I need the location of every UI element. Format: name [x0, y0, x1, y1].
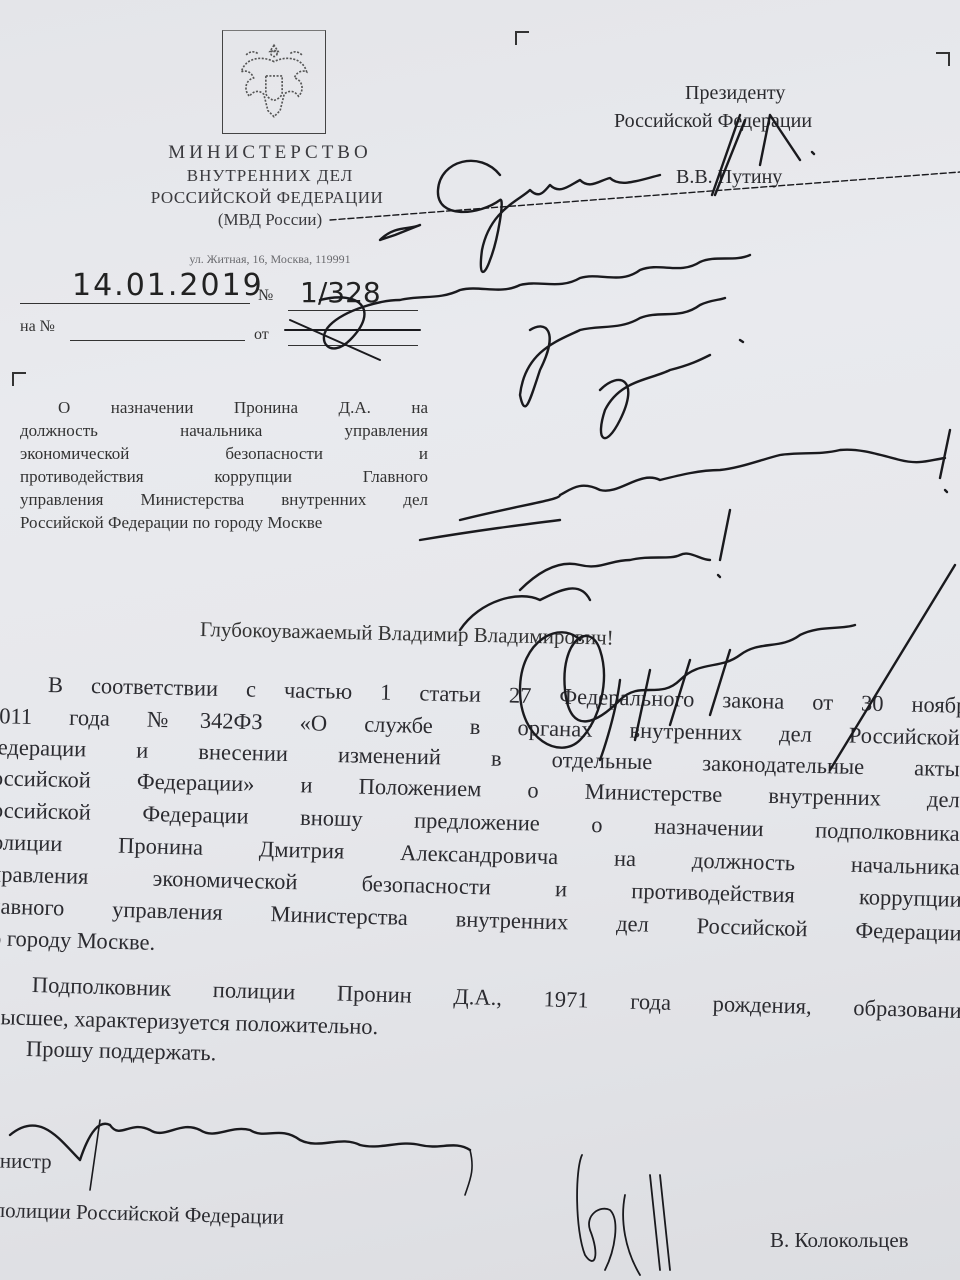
number-label: № — [258, 287, 273, 305]
reply-to-label: на № — [20, 318, 55, 336]
resolution-addressee-handwriting — [330, 115, 960, 272]
letterhead-internal-affairs: ВНУТРЕННИХ ДЕЛ — [140, 166, 400, 186]
number-underline — [288, 310, 418, 311]
subject-line: Российской Федерации по городу Москве — [20, 511, 428, 534]
from-date-underline — [288, 345, 418, 346]
reply-number-underline — [70, 340, 245, 341]
coat-of-arms-emblem — [222, 30, 326, 134]
body-line: по городу Москве. — [0, 925, 156, 956]
minister-note-handwriting — [420, 430, 950, 630]
letter-subject: О назначении Пронина Д.А. на должность н… — [20, 396, 428, 534]
addressee-name: В.В. Путину — [676, 166, 782, 189]
registration-date: 14.01.2019 — [72, 268, 264, 303]
letterhead-russian-federation: РОССИЙСКОЙ ФЕДЕРАЦИИ — [112, 188, 422, 208]
corner-mark-subject — [12, 372, 26, 386]
signatory-title: Министр — [0, 1148, 52, 1174]
double-headed-eagle-icon — [223, 31, 325, 133]
registration-number: 1/328 — [300, 276, 381, 309]
closing-handwriting — [10, 1120, 472, 1195]
subject-line: О назначении Пронина Д.А. на — [20, 396, 428, 419]
from-label: от — [254, 326, 269, 344]
body-line: высшее, характеризуется положительно. — [0, 1004, 379, 1040]
letterhead-address: ул. Житная, 16, Москва, 119991 — [140, 252, 400, 267]
signatory-rank: генерал полиции Российской Федерации — [0, 1196, 284, 1230]
subject-line: противодействия коррупции Главного — [20, 465, 428, 488]
corner-mark-addressee-left — [515, 31, 529, 45]
corner-mark-addressee-right — [936, 52, 950, 66]
letterhead-abbreviation: (МВД России) — [140, 210, 400, 230]
addressee-title: Президенту — [685, 82, 785, 105]
closing-request: Прошу поддержать. — [26, 1036, 217, 1066]
letterhead-ministry: МИНИСТЕРСТВО — [140, 142, 400, 164]
bottom-signature — [577, 1155, 670, 1275]
subject-line: экономической безопасности и — [20, 442, 428, 465]
subject-line: должность начальника управления — [20, 419, 428, 442]
signatory-name: В. Колокольцев — [770, 1228, 909, 1253]
date-underline — [20, 303, 250, 304]
subject-line: управления Министерства внутренних дел — [20, 488, 428, 511]
salutation: Глубокоуважаемый Владимир Владимирович! — [200, 617, 614, 651]
addressee-country: Российской Федерации — [614, 110, 812, 133]
